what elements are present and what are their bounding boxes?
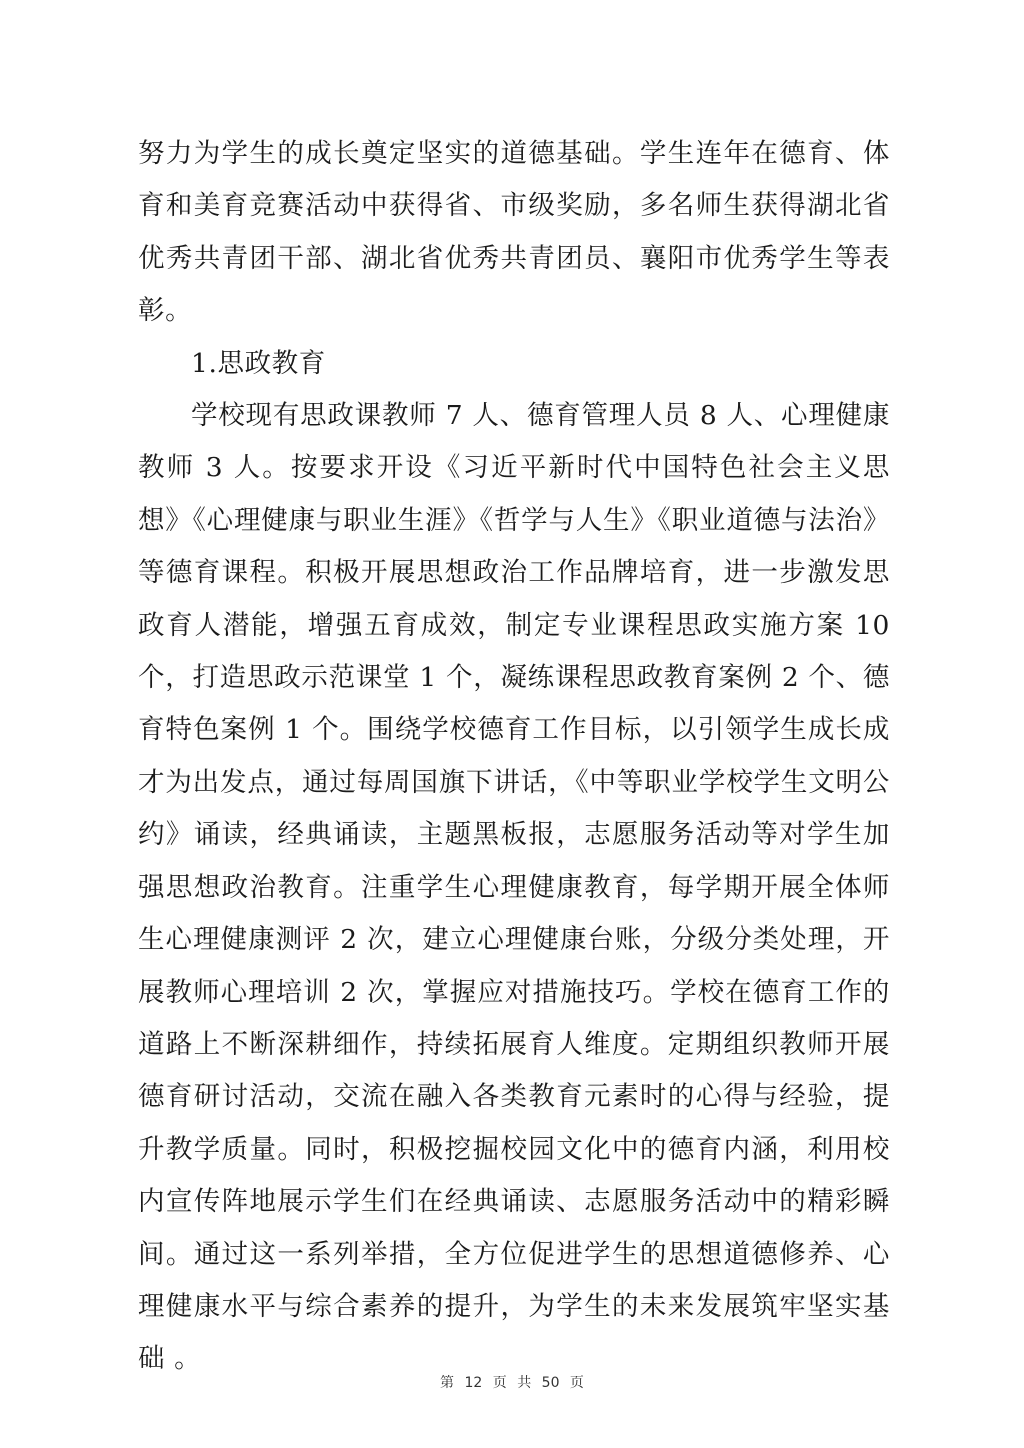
paragraph-body: 学校现有思政课教师 7 人、德育管理人员 8 人、心理健康教师 3 人。按要求开…	[138, 390, 890, 1386]
paragraph-continuation: 努力为学生的成长奠定坚实的道德基础。学生连年在德育、体育和美育竞赛活动中获得省、…	[138, 128, 890, 338]
page-footer: 第 12 页 共 50 页	[0, 1372, 1024, 1392]
document-page: 努力为学生的成长奠定坚实的道德基础。学生连年在德育、体育和美育竞赛活动中获得省、…	[0, 0, 1024, 1448]
page-body: 努力为学生的成长奠定坚实的道德基础。学生连年在德育、体育和美育竞赛活动中获得省、…	[138, 128, 890, 1386]
section-heading: 1.思政教育	[138, 338, 890, 390]
